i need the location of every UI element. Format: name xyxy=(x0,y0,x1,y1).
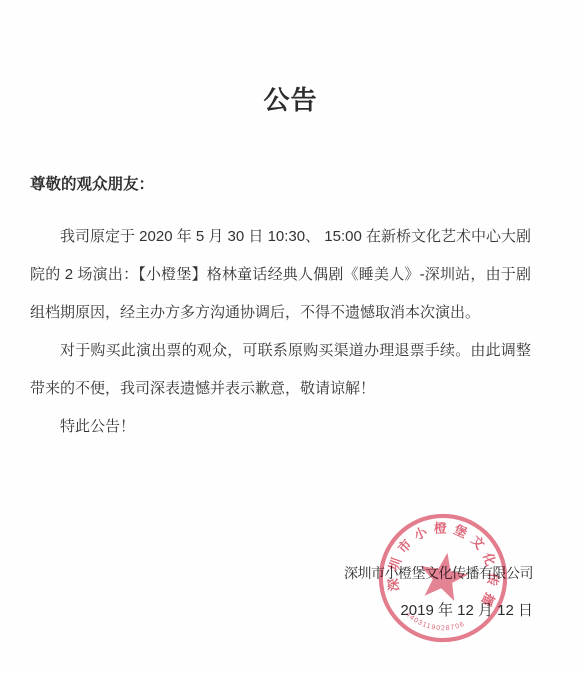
signature-block: 深圳市小橙堡文化传播有限公司 2019 年 12 月 12 日 xyxy=(344,554,533,630)
paragraph-cancellation-notice: 我司原定于 2020 年 5 月 30 日 10:30、 15:00 在新桥文化… xyxy=(30,218,531,332)
greeting-line: 尊敬的观众朋友： xyxy=(30,172,154,194)
document-body: 我司原定于 2020 年 5 月 30 日 10:30、 15:00 在新桥文化… xyxy=(30,218,531,446)
paragraph-refund-info: 对于购买此演出票的观众，可联系原购买渠道办理退票手续。由此调整带来的不便，我司深… xyxy=(30,332,531,408)
company-name: 深圳市小橙堡文化传播有限公司 xyxy=(344,554,533,592)
announcement-document: 公告 尊敬的观众朋友： 我司原定于 2020 年 5 月 30 日 10:30、… xyxy=(0,0,581,673)
document-title: 公告 xyxy=(0,80,581,117)
paragraph-closing: 特此公告！ xyxy=(30,408,531,446)
signature-date: 2019 年 12 月 12 日 xyxy=(344,592,533,630)
